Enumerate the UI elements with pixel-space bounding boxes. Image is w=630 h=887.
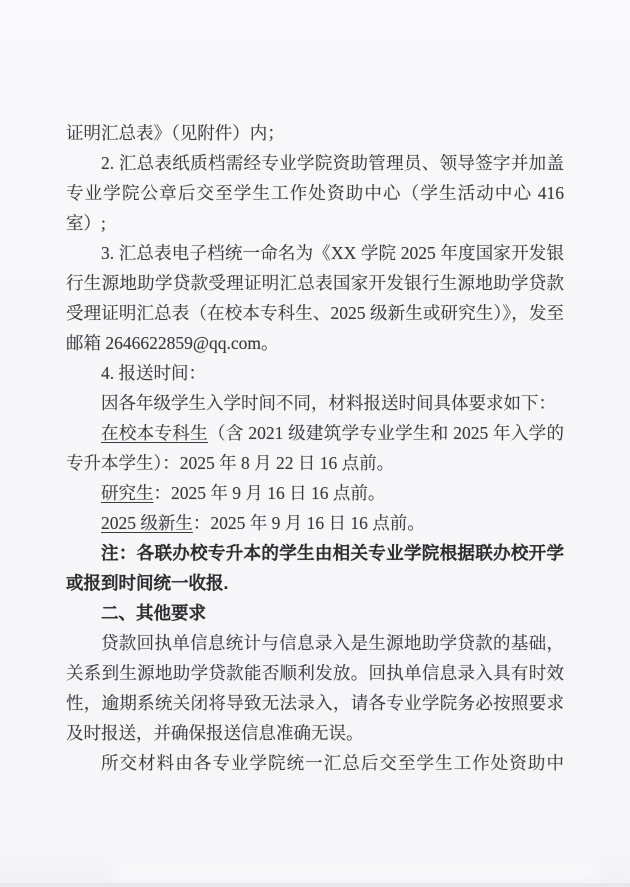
page-bottom-edge [0, 883, 630, 887]
text-line: 或报到时间统一收报. [66, 568, 564, 598]
underlined-text: 2025 级新生 [101, 513, 193, 533]
text-line: 注：各联办校专升本的学生由相关专业学院根据联办校开学 [66, 538, 564, 568]
underlined-text: 研究生 [101, 483, 154, 503]
text-line: 室）; [66, 208, 564, 238]
text-line: 2025 级新生：2025 年 9 月 16 日 16 点前。 [66, 508, 564, 538]
text-line: 贷款回执单信息统计与信息录入是生源地助学贷款的基础， [66, 628, 564, 658]
text-line: 2. 汇总表纸质档需经专业学院资助管理员、领导签字并加盖 [66, 148, 564, 178]
text-line: 二、其他要求 [66, 598, 564, 628]
text-line: 专业学院公章后交至学生工作处资助中心（学生活动中心 416 [66, 178, 564, 208]
text-line: 邮箱 2646622859@qq.com。 [66, 328, 564, 358]
text-line: 行生源地助学贷款受理证明汇总表国家开发银行生源地助学贷款 [66, 268, 564, 298]
text-line: 受理证明汇总表（在校本专科生、2025 级新生或研究生）》，发至 [66, 298, 564, 328]
text-line: 在校本专科生（含 2021 级建筑学专业学生和 2025 年入学的 [66, 418, 564, 448]
text-line: 所交材料由各专业学院统一汇总后交至学生工作处资助中 [66, 748, 564, 778]
text-segment: ：2025 年 9 月 16 日 16 点前。 [154, 483, 386, 503]
underlined-text: 在校本专科生 [101, 423, 208, 443]
text-line: 性，逾期系统关闭将导致无法录入，请各专业学院务必按照要求 [66, 688, 564, 718]
text-line: 研究生：2025 年 9 月 16 日 16 点前。 [66, 478, 564, 508]
text-line: 因各年级学生入学时间不同，材料报送时间具体要求如下： [66, 388, 564, 418]
text-line: 3. 汇总表电子档统一命名为《XX 学院 2025 年度国家开发银 [66, 238, 564, 268]
scan-light-artifact [110, 861, 600, 881]
text-line: 关系到生源地助学贷款能否顺利发放。回执单信息录入具有时效 [66, 658, 564, 688]
text-segment: ：2025 年 9 月 16 日 16 点前。 [193, 513, 425, 533]
text-line: 及时报送，并确保报送信息准确无误。 [66, 718, 564, 748]
document-body: 证明汇总表》（见附件）内；2. 汇总表纸质档需经专业学院资助管理员、领导签字并加… [66, 118, 564, 778]
scanned-page: 证明汇总表》（见附件）内；2. 汇总表纸质档需经专业学院资助管理员、领导签字并加… [0, 0, 630, 887]
text-line: 证明汇总表》（见附件）内； [66, 118, 564, 148]
text-line: 4. 报送时间： [66, 358, 564, 388]
text-segment: （含 2021 级建筑学专业学生和 2025 年入学的 [208, 423, 564, 443]
text-line: 专升本学生）：2025 年 8 月 22 日 16 点前。 [66, 448, 564, 478]
